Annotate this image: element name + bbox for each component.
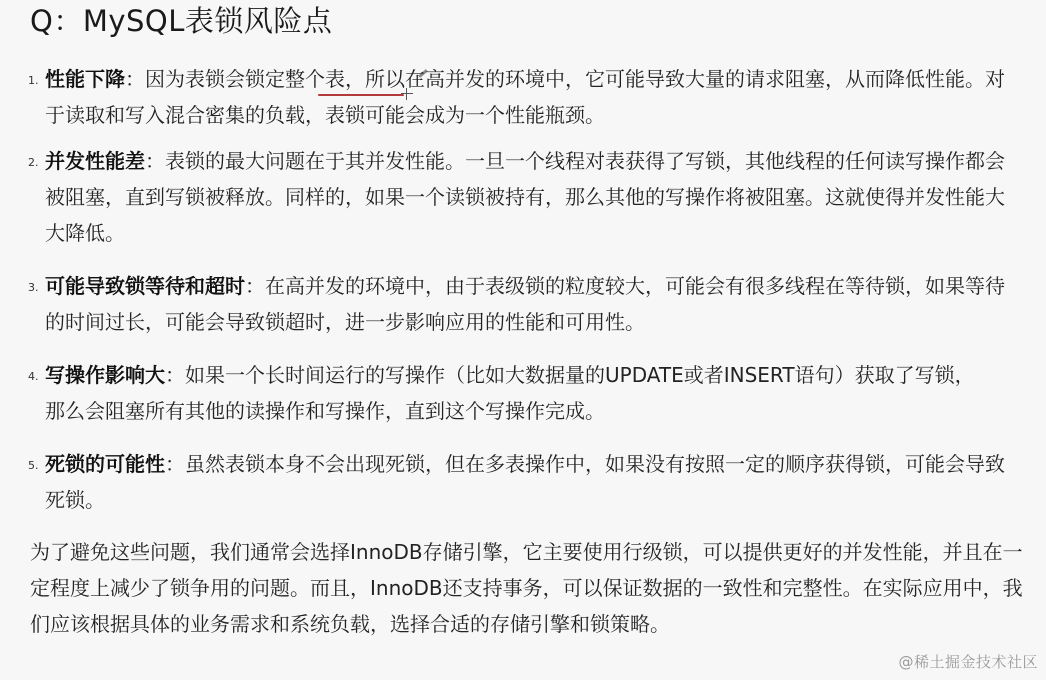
item-term: 性能下降	[45, 67, 125, 91]
item-text: 虽然表锁本身不会出现死锁，但在多表操作中，如果没有按照一定的顺序获得锁，可能会导…	[45, 452, 1005, 512]
item-number: 3.	[28, 268, 39, 308]
item-separator: ：	[125, 67, 145, 91]
item-separator: ：	[165, 452, 185, 476]
list-item: 4. 写操作影响大：如果一个长时间运行的写操作（比如大数据量的UPDATE或者I…	[28, 357, 1018, 429]
item-number: 5.	[28, 446, 39, 486]
item-text: 表锁的最大问题在于其并发性能。一旦一个线程对表获得了写锁，其他线程的任何读写操作…	[45, 149, 1005, 245]
conclusion-paragraph: 为了避免这些问题，我们通常会选择InnoDB存储引擎，它主要使用行级锁，可以提供…	[30, 534, 1025, 642]
item-number: 1.	[28, 61, 39, 101]
item-separator: ：	[245, 274, 265, 298]
item-term: 死锁的可能性	[45, 452, 165, 476]
item-term: 写操作影响大	[45, 363, 165, 387]
item-term: 并发性能差	[45, 149, 145, 173]
item-text: 如果一个长时间运行的写操作（比如大数据量的UPDATE或者INSERT语句）获取…	[45, 363, 975, 423]
item-separator: ：	[145, 149, 165, 173]
item-term: 可能导致锁等待和超时	[45, 274, 245, 298]
item-separator: ：	[165, 363, 185, 387]
list-item: 1. 性能下降：因为表锁会锁定整个表，所以在高并发的环境中，它可能导致大量的请求…	[28, 61, 1018, 133]
list-item: 5. 死锁的可能性：虽然表锁本身不会出现死锁，但在多表操作中，如果没有按照一定的…	[28, 446, 1018, 518]
page-title: Q：MySQL表锁风险点	[30, 2, 332, 40]
watermark: @稀土掘金技术社区	[898, 651, 1038, 672]
list-item: 2. 并发性能差：表锁的最大问题在于其并发性能。一旦一个线程对表获得了写锁，其他…	[28, 143, 1018, 251]
item-number: 4.	[28, 357, 39, 397]
item-number: 2.	[28, 143, 39, 183]
item-text: 因为表锁会锁定整个表，所以在高并发的环境中，它可能导致大量的请求阻塞，从而降低性…	[45, 67, 1005, 127]
list-item: 3. 可能导致锁等待和超时：在高并发的环境中，由于表级锁的粒度较大，可能会有很多…	[28, 268, 1018, 340]
